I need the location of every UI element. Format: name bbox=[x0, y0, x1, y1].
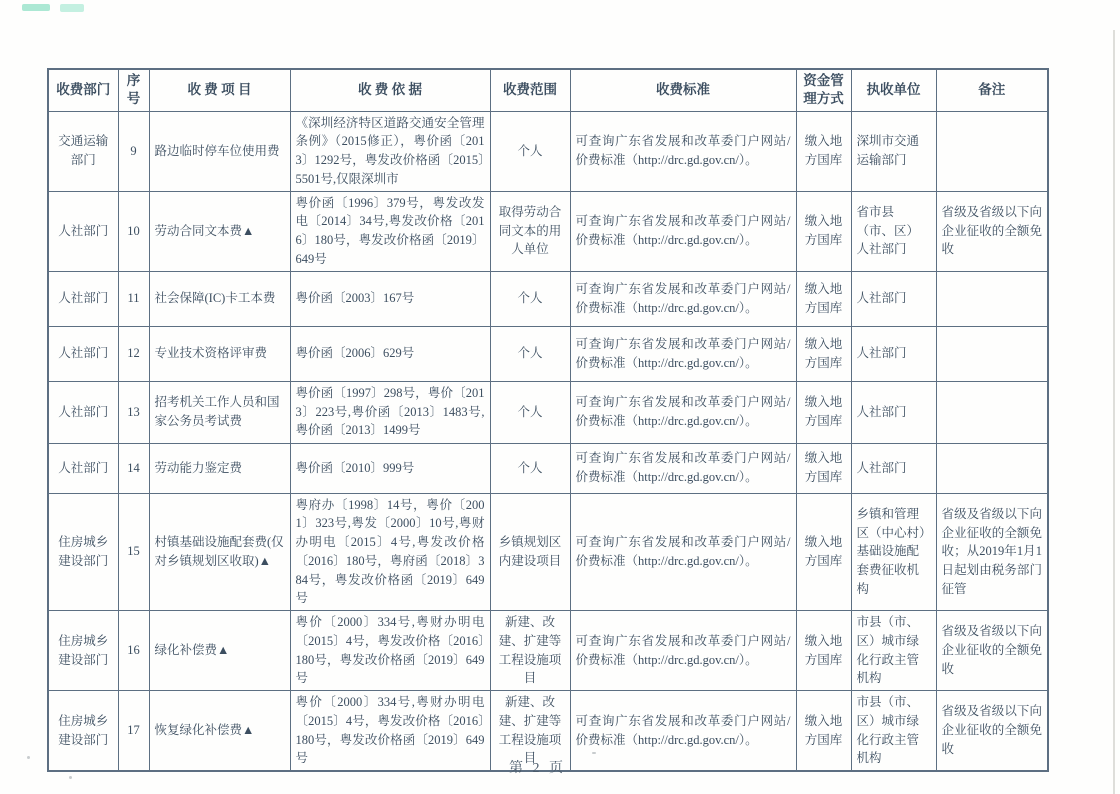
cell-fee-basis: 《深圳经济特区道路交通安全管理条例》（2015修正），粤价函〔2013〕1292… bbox=[290, 111, 490, 191]
cell-collecting-unit: 人社部门 bbox=[851, 326, 936, 381]
cell-fee-item: 招考机关工作人员和国家公务员考试费 bbox=[149, 381, 290, 443]
cell-fund-management: 缴入地方国库 bbox=[796, 443, 851, 493]
cell-fee-standard: 可查询广东省发展和改革委门户网站/价费标准（http://drc.gd.gov.… bbox=[570, 111, 796, 191]
scanned-document-page: { "table": { "headers": { "dept": "收费部门"… bbox=[0, 0, 1120, 794]
cell-seq-number: 9 bbox=[118, 111, 149, 191]
cell-fee-department: 人社部门 bbox=[48, 271, 118, 326]
cell-collecting-unit: 乡镇和管理区（中心村）基础设施配套费征收机构 bbox=[851, 493, 936, 611]
cell-fee-department: 住房城乡建设部门 bbox=[48, 611, 118, 691]
table-row: 人社部门 13 招考机关工作人员和国家公务员考试费 粤价函〔1997〕298号，… bbox=[48, 381, 1048, 443]
cell-remarks: 省级及省级以下向企业征收的全额免收 bbox=[936, 191, 1048, 271]
cell-fee-standard: 可查询广东省发展和改革委门户网站/价费标准（http://drc.gd.gov.… bbox=[570, 191, 796, 271]
cell-fee-standard: 可查询广东省发展和改革委门户网站/价费标准（http://drc.gd.gov.… bbox=[570, 381, 796, 443]
cell-remarks bbox=[936, 443, 1048, 493]
header-fee-standard: 收费标准 bbox=[570, 69, 796, 111]
scan-smudge-green bbox=[60, 4, 84, 12]
cell-fee-department: 人社部门 bbox=[48, 443, 118, 493]
scan-smudge-green bbox=[22, 4, 50, 11]
cell-fee-basis: 粤价函〔2006〕629号 bbox=[290, 326, 490, 381]
cell-fee-scope: 个人 bbox=[490, 326, 570, 381]
cell-fund-management: 缴入地方国库 bbox=[796, 493, 851, 611]
cell-remarks: 省级及省级以下向企业征收的全额免收；从2019年1月1日起划由税务部门征管 bbox=[936, 493, 1048, 611]
cell-seq-number: 12 bbox=[118, 326, 149, 381]
page-number: 第 2 页 bbox=[0, 757, 1075, 777]
header-fee-scope: 收费范围 bbox=[490, 69, 570, 111]
cell-fee-standard: 可查询广东省发展和改革委门户网站/价费标准（http://drc.gd.gov.… bbox=[570, 271, 796, 326]
table-row: 交通运输部门 9 路边临时停车位使用费 《深圳经济特区道路交通安全管理条例》（2… bbox=[48, 111, 1048, 191]
table-row: 人社部门 11 社会保障(IC)卡工本费 粤价函〔2003〕167号 个人 可查… bbox=[48, 271, 1048, 326]
header-collecting-unit: 执收单位 bbox=[851, 69, 936, 111]
cell-seq-number: 10 bbox=[118, 191, 149, 271]
cell-fee-item: 劳动能力鉴定费 bbox=[149, 443, 290, 493]
cell-remarks bbox=[936, 111, 1048, 191]
table-row: 住房城乡建设部门 16 绿化补偿费▲ 粤价〔2000〕334号,粤财办明电〔20… bbox=[48, 611, 1048, 691]
cell-collecting-unit: 人社部门 bbox=[851, 443, 936, 493]
cell-fee-standard: 可查询广东省发展和改革委门户网站/价费标准（http://drc.gd.gov.… bbox=[570, 443, 796, 493]
cell-fee-item: 专业技术资格评审费 bbox=[149, 326, 290, 381]
cell-fee-item: 村镇基础设施配套费(仅对乡镇规划区收取)▲ bbox=[149, 493, 290, 611]
cell-fee-scope: 新建、改建、扩建等工程设施项目 bbox=[490, 611, 570, 691]
cell-remarks bbox=[936, 271, 1048, 326]
cell-fee-basis: 粤价函〔2010〕999号 bbox=[290, 443, 490, 493]
scan-edge-shadow bbox=[1113, 30, 1115, 794]
cell-seq-number: 16 bbox=[118, 611, 149, 691]
cell-remarks: 省级及省级以下向企业征收的全额免收 bbox=[936, 611, 1048, 691]
cell-fee-scope: 个人 bbox=[490, 271, 570, 326]
cell-fee-basis: 粤价〔2000〕334号,粤财办明电〔2015〕4号，粤发改价格〔2016〕18… bbox=[290, 611, 490, 691]
cell-fee-scope: 取得劳动合同文本的用人单位 bbox=[490, 191, 570, 271]
cell-collecting-unit: 人社部门 bbox=[851, 381, 936, 443]
cell-fee-basis: 粤价函〔2003〕167号 bbox=[290, 271, 490, 326]
table-row: 人社部门 14 劳动能力鉴定费 粤价函〔2010〕999号 个人 可查询广东省发… bbox=[48, 443, 1048, 493]
cell-fund-management: 缴入地方国库 bbox=[796, 111, 851, 191]
table-row: 人社部门 12 专业技术资格评审费 粤价函〔2006〕629号 个人 可查询广东… bbox=[48, 326, 1048, 381]
header-fee-basis: 收 费 依 据 bbox=[290, 69, 490, 111]
cell-seq-number: 15 bbox=[118, 493, 149, 611]
cell-fee-scope: 个人 bbox=[490, 443, 570, 493]
cell-collecting-unit: 市县（市、区）城市绿化行政主管机构 bbox=[851, 611, 936, 691]
cell-seq-number: 11 bbox=[118, 271, 149, 326]
cell-fee-scope: 乡镇规划区内建设项目 bbox=[490, 493, 570, 611]
cell-fee-basis: 粤价函〔1997〕298号，粤价〔2013〕223号,粤价函〔2013〕1483… bbox=[290, 381, 490, 443]
header-fund-management: 资金管理方式 bbox=[796, 69, 851, 111]
cell-fund-management: 缴入地方国库 bbox=[796, 611, 851, 691]
cell-fund-management: 缴入地方国库 bbox=[796, 326, 851, 381]
cell-fund-management: 缴入地方国库 bbox=[796, 271, 851, 326]
cell-collecting-unit: 省市县（市、区）人社部门 bbox=[851, 191, 936, 271]
cell-remarks bbox=[936, 381, 1048, 443]
fee-schedule-table: 收费部门 序号 收 费 项 目 收 费 依 据 收费范围 收费标准 资金管理方式… bbox=[47, 68, 1049, 772]
cell-fee-standard: 可查询广东省发展和改革委门户网站/价费标准（http://drc.gd.gov.… bbox=[570, 611, 796, 691]
header-fee-item: 收 费 项 目 bbox=[149, 69, 290, 111]
table-row: 人社部门 10 劳动合同文本费▲ 粤价函〔1996〕379号，粤发改发电〔201… bbox=[48, 191, 1048, 271]
cell-fund-management: 缴入地方国库 bbox=[796, 381, 851, 443]
cell-fee-scope: 个人 bbox=[490, 381, 570, 443]
cell-fund-management: 缴入地方国库 bbox=[796, 191, 851, 271]
cell-seq-number: 14 bbox=[118, 443, 149, 493]
cell-fee-item: 路边临时停车位使用费 bbox=[149, 111, 290, 191]
cell-fee-department: 交通运输部门 bbox=[48, 111, 118, 191]
cell-collecting-unit: 深圳市交通运输部门 bbox=[851, 111, 936, 191]
cell-collecting-unit: 人社部门 bbox=[851, 271, 936, 326]
cell-fee-basis: 粤府办〔1998〕14号，粤价〔2001〕323号,粤发〔2000〕10号,粤财… bbox=[290, 493, 490, 611]
cell-fee-item: 社会保障(IC)卡工本费 bbox=[149, 271, 290, 326]
cell-fee-department: 人社部门 bbox=[48, 191, 118, 271]
cell-fee-scope: 个人 bbox=[490, 111, 570, 191]
header-fee-department: 收费部门 bbox=[48, 69, 118, 111]
cell-fee-department: 人社部门 bbox=[48, 381, 118, 443]
cell-fee-item: 绿化补偿费▲ bbox=[149, 611, 290, 691]
cell-fee-standard: 可查询广东省发展和改革委门户网站/价费标准（http://drc.gd.gov.… bbox=[570, 326, 796, 381]
table-header-row: 收费部门 序号 收 费 项 目 收 费 依 据 收费范围 收费标准 资金管理方式… bbox=[48, 69, 1048, 111]
cell-fee-standard: 可查询广东省发展和改革委门户网站/价费标准（http://drc.gd.gov.… bbox=[570, 493, 796, 611]
header-remarks: 备注 bbox=[936, 69, 1048, 111]
cell-fee-department: 人社部门 bbox=[48, 326, 118, 381]
cell-fee-department: 住房城乡建设部门 bbox=[48, 493, 118, 611]
table-row: 住房城乡建设部门 15 村镇基础设施配套费(仅对乡镇规划区收取)▲ 粤府办〔19… bbox=[48, 493, 1048, 611]
cell-seq-number: 13 bbox=[118, 381, 149, 443]
cell-fee-item: 劳动合同文本费▲ bbox=[149, 191, 290, 271]
header-seq-number: 序号 bbox=[118, 69, 149, 111]
cell-fee-basis: 粤价函〔1996〕379号，粤发改发电〔2014〕34号,粤发改价格〔2016〕… bbox=[290, 191, 490, 271]
cell-remarks bbox=[936, 326, 1048, 381]
